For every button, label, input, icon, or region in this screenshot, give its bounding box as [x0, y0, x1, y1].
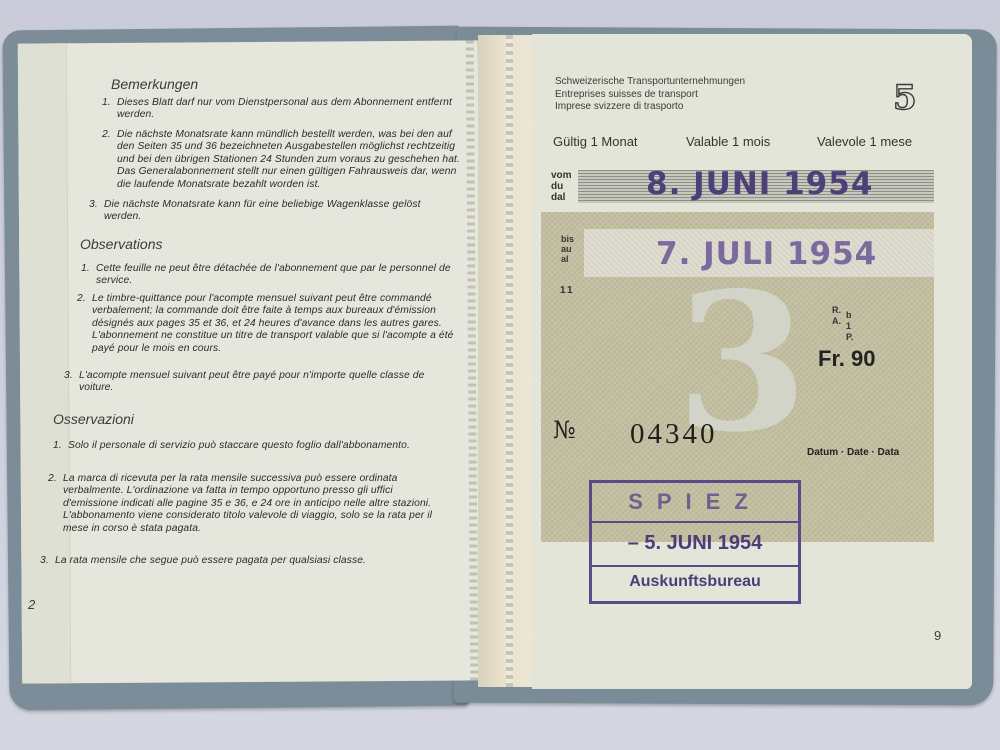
remark-it-2: 2.La marca di ricevuta per la rata mensi…: [63, 473, 438, 535]
serial-number: 04340: [630, 418, 718, 451]
to-labels: bis au al: [561, 234, 574, 264]
heading-bemerkungen: Bemerkungen: [111, 76, 198, 92]
binding-stitch: [506, 35, 513, 687]
remark-fr-1: 1.Cette feuille ne peut être détachée de…: [96, 263, 456, 288]
remark-de-3: 3.Die nächste Monatsrate kann für eine b…: [104, 199, 456, 224]
remark-de-1: 1.Dieses Blatt darf nur vom Dienstperson…: [117, 97, 465, 122]
page-number-left: 2: [28, 597, 35, 612]
page-edge-strip: [18, 43, 71, 683]
stamp-station: SPIEZ: [592, 489, 798, 515]
from-labels: vom du dal: [551, 170, 572, 203]
price: Fr. 90: [818, 346, 875, 372]
remark-it-1: 1.Solo il personale di servizio può stac…: [68, 440, 440, 452]
perforation-line: [466, 40, 478, 680]
heading-osservazioni: Osservazioni: [53, 411, 134, 427]
remark-it-3: 3.La rata mensile che segue può essere p…: [55, 555, 435, 567]
issuer-block: Schweizerische Transportunternehmungen E…: [555, 76, 745, 114]
sheet-number: 5: [893, 78, 917, 118]
validity-it: Valevole 1 mese: [817, 134, 912, 149]
class-code: R. A. b 1 P.: [832, 305, 841, 327]
station-stamp: SPIEZ – 5. JUNI 1954 Auskunftsbureau: [589, 480, 801, 604]
heading-observations: Observations: [80, 236, 162, 252]
page-number-right: 9: [934, 628, 941, 643]
validity-fr: Valable 1 mois: [686, 134, 770, 149]
from-date-stamp: 8. JUNI 1954: [646, 166, 873, 202]
stamp-date: – 5. JUNI 1954: [592, 532, 798, 555]
date-caption: Datum · Date · Data: [807, 447, 899, 458]
numero-sign: №: [553, 416, 576, 444]
issuer-fr: Entreprises suisses de transport: [555, 89, 745, 102]
remark-fr-2: 2.Le timbre-quittance pour l'acompte men…: [92, 293, 454, 355]
issuer-de: Schweizerische Transportunternehmungen: [555, 76, 745, 89]
validity-de: Gültig 1 Monat: [553, 134, 638, 149]
spine-gutter: [478, 35, 538, 687]
remark-fr-3: 3.L'acompte mensuel suivant peut être pa…: [79, 370, 441, 395]
stamp-office: Auskunftsbureau: [592, 573, 798, 591]
ticket-code: 11: [560, 285, 575, 296]
remark-de-2: 2.Die nächste Monatsrate kann mündlich b…: [117, 129, 462, 191]
issuer-it: Imprese svizzere di trasporto: [555, 101, 745, 114]
